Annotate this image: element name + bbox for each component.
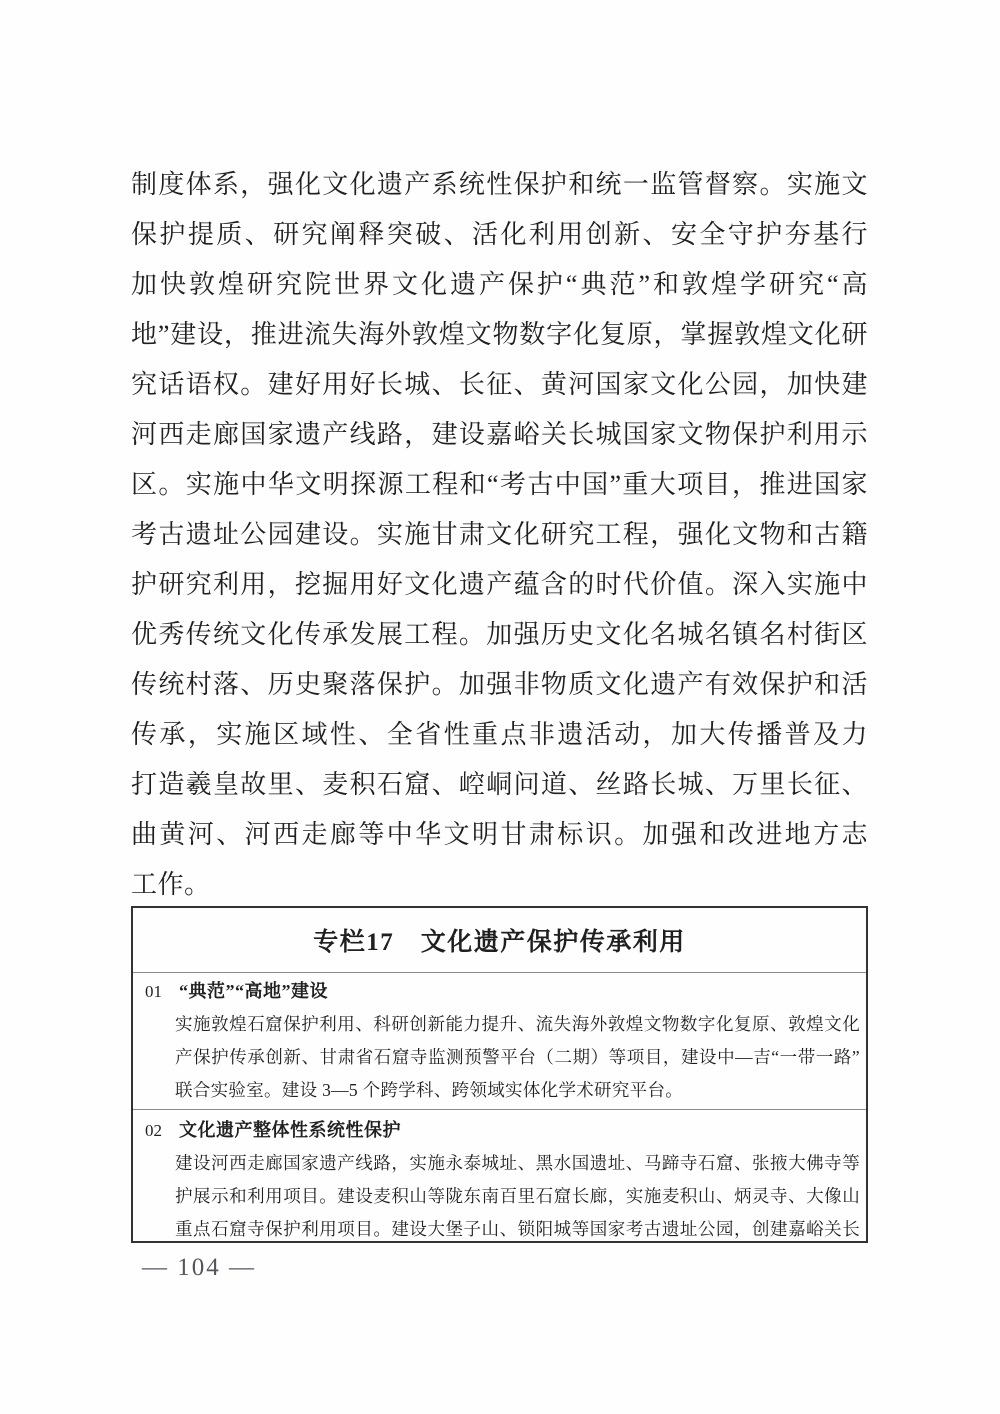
paragraph-line: 保护提质、研究阐释突破、活化利用创新、安全守护夯基行动。 xyxy=(131,210,868,260)
section-heading-row: 01 “典范”“高地”建设 xyxy=(145,975,862,1008)
column-box-17: 专栏17 文化遗产保护传承利用 01 “典范”“高地”建设 实施敦煌石窟保护利用… xyxy=(131,906,868,1243)
paragraph-line: 加快敦煌研究院世界文化遗产保护“典范”和敦煌学研究“高 xyxy=(131,260,868,310)
paragraph-line: 护研究利用，挖掘用好文化遗产蕴含的时代价值。深入实施中华 xyxy=(131,560,868,610)
paragraph-line: 考古遗址公园建设。实施甘肃文化研究工程，强化文物和古籍保 xyxy=(131,510,868,560)
paragraph-line: 曲黄河、河西走廊等中华文明甘肃标识。加强和改进地方志 xyxy=(131,810,868,860)
paragraph-line: 河西走廊国家遗产线路，建设嘉峪关长城国家文物保护利用示范 xyxy=(131,410,868,460)
section-number: 02 xyxy=(145,1114,179,1147)
main-paragraph: 制度体系，强化文化遗产系统性保护和统一监管督察。实施文物 保护提质、研究阐释突破… xyxy=(131,160,868,910)
panel-section-02: 02 文化遗产整体性系统性保护 建设河西走廊国家遗产线路，实施永泰城址、黑水国遗… xyxy=(133,1109,866,1246)
panel-section-01: 01 “典范”“高地”建设 实施敦煌石窟保护利用、科研创新能力提升、流失海外敦煌… xyxy=(133,973,866,1107)
paragraph-line: 地”建设，推进流失海外敦煌文物数字化复原，掌握敦煌文化研 xyxy=(131,310,868,360)
paragraph-line: 传统村落、历史聚落保护。加强非物质文化遗产有效保护和活态 xyxy=(131,660,868,710)
section-body-line: 建设河西走廊国家遗产线路，实施永泰城址、黑水国遗址、马蹄寺石窟、张掖大佛寺等保 xyxy=(175,1147,860,1180)
section-heading: “典范”“高地”建设 xyxy=(179,975,328,1008)
paragraph-line: 传承，实施区域性、全省性重点非遗活动，加大传播普及力度。 xyxy=(131,710,868,760)
page-number: — 104 — xyxy=(142,1254,256,1282)
paragraph-line: 优秀传统文化传承发展工程。加强历史文化名城名镇名村街区和 xyxy=(131,610,868,660)
section-body-line: 重点石窟寺保护利用项目。建设大堡子山、锁阳城等国家考古遗址公园，创建嘉峪关长城 xyxy=(175,1213,860,1246)
section-number: 01 xyxy=(145,975,179,1008)
paragraph-line: 打造羲皇故里、麦积石窟、崆峒问道、丝路长城、万里长征、九 xyxy=(131,760,868,810)
paragraph-line: 区。实施中华文明探源工程和“考古中国”重大项目，推进国家 xyxy=(131,460,868,510)
paragraph-line: 制度体系，强化文化遗产系统性保护和统一监管督察。实施文物 xyxy=(131,160,868,210)
document-page: 制度体系，强化文化遗产系统性保护和统一监管督察。实施文物 保护提质、研究阐释突破… xyxy=(0,0,1000,1414)
section-heading-row: 02 文化遗产整体性系统性保护 xyxy=(145,1114,862,1147)
section-body-line: 实施敦煌石窟保护利用、科研创新能力提升、流失海外敦煌文物数字化复原、敦煌文化遗 xyxy=(175,1008,860,1041)
section-heading: 文化遗产整体性系统性保护 xyxy=(179,1114,401,1147)
paragraph-line: 工作。 xyxy=(131,860,868,910)
section-body-line: 产保护传承创新、甘肃省石窟寺监测预警平台（二期）等项目，建设中—吉“一带一路” xyxy=(175,1041,860,1074)
section-body: 实施敦煌石窟保护利用、科研创新能力提升、流失海外敦煌文物数字化复原、敦煌文化遗 … xyxy=(175,1008,860,1107)
column-box-title: 专栏17 文化遗产保护传承利用 xyxy=(133,908,866,973)
section-body-line: 护展示和利用项目。建设麦积山等陇东南百里石窟长廊，实施麦积山、炳灵寺、大像山等 xyxy=(175,1180,860,1213)
section-body-line: 联合实验室。建设 3—5 个跨学科、跨领域实体化学术研究平台。 xyxy=(175,1074,860,1107)
paragraph-line: 究话语权。建好用好长城、长征、黄河国家文化公园，加快建设 xyxy=(131,360,868,410)
section-body: 建设河西走廊国家遗产线路，实施永泰城址、黑水国遗址、马蹄寺石窟、张掖大佛寺等保 … xyxy=(175,1147,860,1246)
